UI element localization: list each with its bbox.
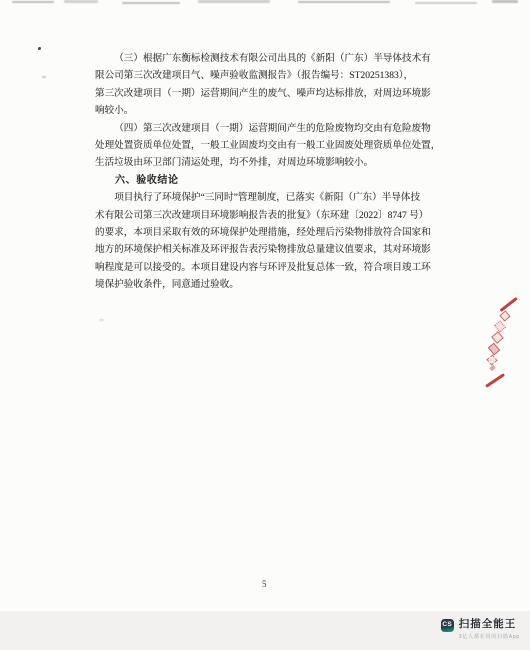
stamp-mark	[486, 354, 497, 365]
stamp-mark	[489, 365, 495, 371]
scan-edge-artifact	[198, 0, 270, 3]
camscanner-app-name: 扫描全能王	[459, 618, 520, 631]
scan-edge-artifact	[298, 1, 390, 3]
paragraph-item-three: （三）根据广东衡标检测技术有限公司出具的《新阳（广东）半导体技术有 限公司第三次…	[95, 50, 449, 120]
stamp-mark	[499, 310, 510, 321]
stamp-mark	[488, 343, 501, 356]
camscanner-logo-icon: CS	[441, 619, 454, 632]
scan-edge-artifact	[12, 1, 54, 3]
scan-edge-artifact	[122, 2, 180, 4]
stamp-stroke	[485, 373, 505, 387]
scan-edge-artifact	[415, 2, 477, 4]
camscanner-tagline: 3亿人都在用的扫描App	[459, 633, 520, 640]
scan-footer-strip: CS 扫描全能王 3亿人都在用的扫描App	[0, 611, 530, 650]
red-stamp-fragment	[483, 296, 523, 390]
paragraph-item-four: （四）第三次改建项目（一期）运营期间产生的危险废物均交由有危险废物 处理处置资质…	[95, 120, 449, 172]
scan-edge-artifact	[64, 0, 98, 3]
stamp-mark	[494, 320, 506, 332]
camscanner-badge-label: CS	[442, 622, 452, 629]
conclusion-paragraph: 项目执行了环境保护“三同时”管理制度，已落实《新阳（广东）半导体技 术有限公司第…	[95, 189, 449, 293]
scan-speck	[99, 319, 104, 321]
scanned-document-page: （三）根据广东衡标检测技术有限公司出具的《新阳（广东）半导体技术有 限公司第三次…	[0, 0, 530, 650]
scan-speck	[38, 47, 41, 50]
scan-edge-artifact	[492, 0, 518, 3]
scan-speck	[42, 76, 46, 78]
page-number: 5	[262, 579, 267, 589]
section-heading: 六、验收结论	[95, 172, 449, 189]
document-body: （三）根据广东衡标检测技术有限公司出具的《新阳（广东）半导体技术有 限公司第三次…	[95, 50, 449, 294]
camscanner-watermark: CS 扫描全能王 3亿人都在用的扫描App	[441, 618, 520, 640]
stamp-stroke	[499, 297, 517, 312]
camscanner-text-group: 扫描全能王 3亿人都在用的扫描App	[459, 618, 520, 640]
